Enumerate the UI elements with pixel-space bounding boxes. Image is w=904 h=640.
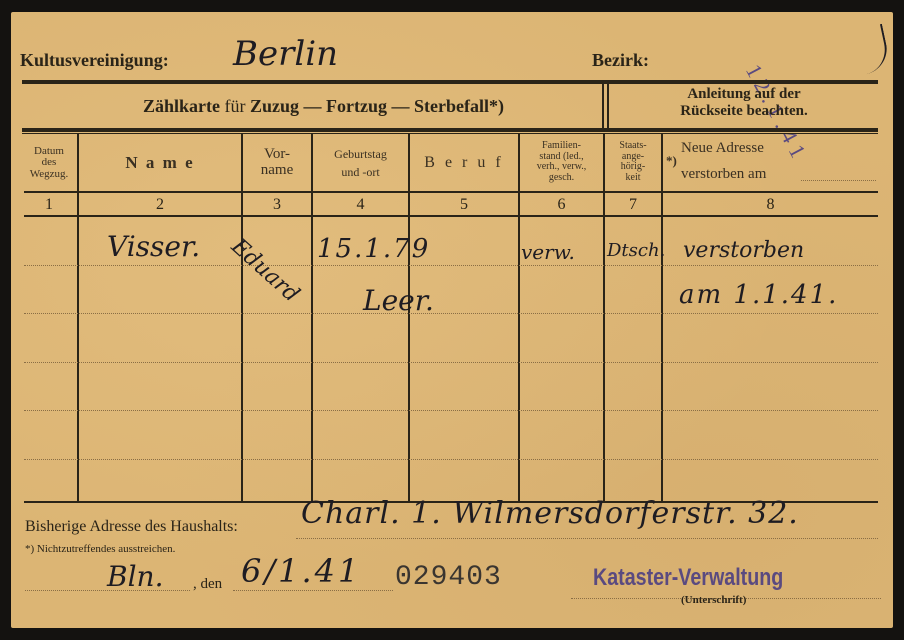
row-rule-4	[24, 410, 878, 411]
cell-familienstand: verw.	[521, 240, 575, 264]
cell-geburtsort: Leer.	[363, 284, 434, 317]
prev-address-label: Bisherige Adresse des Haushalts:	[25, 518, 238, 536]
col-header-staatsangehoerigkeit: Staats- ange- hörig- keit	[605, 134, 661, 190]
col-num-7: 7	[605, 195, 661, 215]
col-num-3: 3	[243, 195, 311, 215]
footnote-text: *) Nichtzutreffendes ausstreichen.	[25, 543, 175, 555]
col-header-name: N a m e	[79, 136, 241, 190]
cell-geburtstag: 15.1.79	[317, 234, 430, 264]
col-header-geburtstag: Geburtstag und -ort	[313, 136, 408, 190]
title-normal: für	[225, 96, 246, 116]
date-value: 6/1.41	[241, 552, 361, 590]
number-row-bottom-line	[24, 215, 878, 217]
signature-stamp: Kataster-Verwaltung	[593, 564, 783, 592]
verstorben-am-label: verstorben am	[681, 166, 766, 183]
col-num-5: 5	[410, 195, 518, 215]
title-divider-1	[602, 82, 604, 132]
row-rule-1	[24, 265, 878, 266]
cell-staatsangehoerigkeit: Dtsch.	[607, 240, 665, 261]
footnote-mark: *)	[666, 153, 677, 169]
divider-title-bottom-thin	[22, 133, 878, 134]
prev-address-value: Charl. 1. Wilmersdorferstr. 32.	[301, 496, 799, 531]
col-num-8: 8	[663, 195, 878, 215]
corner-mark-icon	[857, 24, 892, 74]
prev-address-dots	[296, 538, 878, 539]
neue-adresse-label: Neue Adresse	[681, 140, 764, 157]
title-bold-1: Zählkarte	[143, 96, 220, 116]
den-label: , den	[193, 576, 222, 593]
col-header-datum: Datum des Wegzug.	[21, 136, 77, 190]
col-num-6: 6	[520, 195, 603, 215]
kultus-label: Kultusvereinigung:	[20, 50, 169, 71]
cell-neue-adresse-1: verstorben	[683, 238, 804, 263]
row-rule-2	[24, 313, 878, 314]
serial-number: 029403	[395, 562, 502, 593]
verstorben-am-dots	[801, 180, 876, 181]
col-header-vorname: Vor- name	[243, 136, 311, 190]
cell-name: Visser.	[107, 230, 200, 263]
col-header-neue-adresse: *) Neue Adresse verstorben am	[663, 136, 878, 190]
instruction-line-1: Anleitung auf der	[609, 86, 879, 103]
cell-vorname: Eduard	[226, 234, 304, 307]
row-rule-5	[24, 459, 878, 460]
divider-top	[22, 80, 878, 84]
card-title: Zählkarte für Zuzug — Fortzug — Sterbefa…	[51, 96, 596, 117]
date-dots	[233, 590, 393, 591]
bezirk-label: Bezirk:	[592, 50, 649, 71]
title-bold-2: Zuzug — Fortzug — Sterbefall*)	[250, 96, 504, 116]
row-rule-3	[24, 362, 878, 363]
col-header-beruf: B e r u f	[410, 136, 518, 190]
instruction-line-2: Rückseite beachten.	[609, 103, 879, 120]
place-value: Bln.	[107, 560, 163, 593]
col-num-2: 2	[79, 195, 241, 215]
cell-neue-adresse-2: am 1.1.41.	[679, 280, 838, 310]
col-num-1: 1	[21, 195, 77, 215]
kultus-value: Berlin	[233, 34, 338, 74]
divider-title-bottom	[22, 128, 878, 132]
registration-card: Kultusvereinigung: Berlin Bezirk: 12.1.4…	[11, 12, 893, 628]
instruction-text: Anleitung auf der Rückseite beachten.	[609, 86, 879, 120]
signature-label: (Unterschrift)	[681, 594, 746, 606]
header-bottom-line	[24, 191, 878, 193]
col-header-familienstand: Familien- stand (led., verh., verw., ges…	[520, 134, 603, 190]
col-num-4: 4	[313, 195, 408, 215]
